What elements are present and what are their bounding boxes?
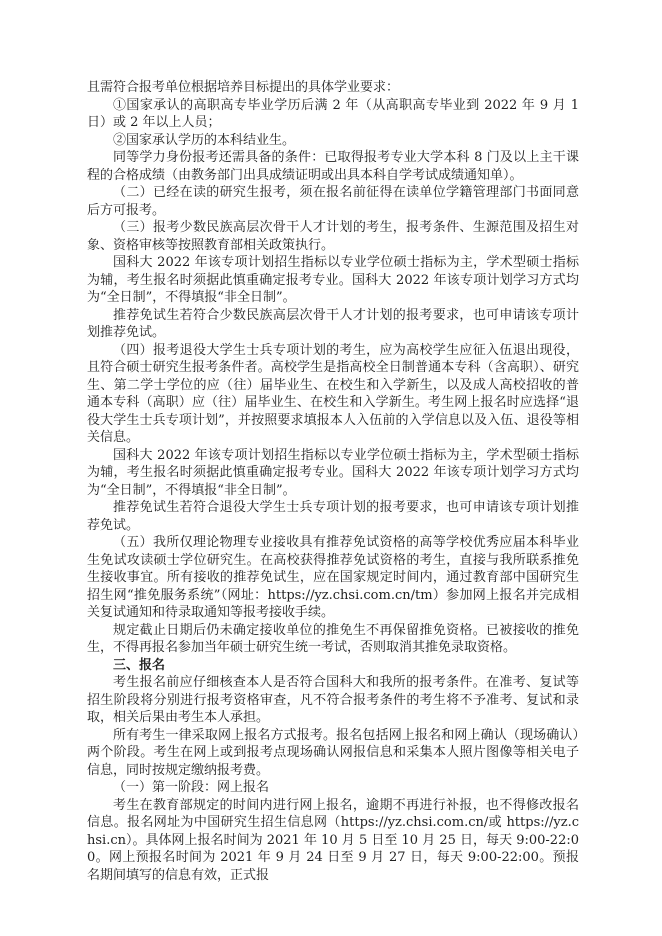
document-page: 且需符合报考单位根据培养目标提出的具体学业要求：①国家承认的高职高专毕业学历后满… <box>0 0 662 936</box>
paragraph: ①国家承认的高职高专毕业学历后满 2 年（从高职高专毕业到 2022 年 9 月… <box>87 97 579 132</box>
paragraph: 考生报名前应仔细核查本人是否符合国科大和我所的报考条件。在准考、复试等招生阶段将… <box>87 674 579 727</box>
paragraph: ②国家承认学历的本科结业生。 <box>87 132 579 150</box>
section-heading: 三、报名 <box>87 657 579 675</box>
paragraph: 推荐免试生若符合退役大学生士兵专项计划的报考要求，也可申请该专项计划推荐免试。 <box>87 499 579 534</box>
paragraph: （一）第一阶段：网上报名 <box>87 779 579 797</box>
paragraph: 国科大 2022 年该专项计划招生指标以专业学位硕士指标为主，学术型硕士指标为辅… <box>87 254 579 307</box>
paragraph: （四）报考退役大学生士兵专项计划的考生，应为高校学生应征入伍退出现役，且符合硕士… <box>87 342 579 447</box>
paragraph: 国科大 2022 年该专项计划招生指标以专业学位硕士指标为主，学术型硕士指标为辅… <box>87 447 579 500</box>
paragraph: 所有考生一律采取网上报名方式报考。报名包括网上报名和网上确认（现场确认）两个阶段… <box>87 727 579 780</box>
paragraph: 规定截止日期后仍未确定接收单位的推免生不再保留推免资格。已被接收的推免生，不得再… <box>87 622 579 657</box>
document-body: 且需符合报考单位根据培养目标提出的具体学业要求：①国家承认的高职高专毕业学历后满… <box>87 79 579 884</box>
paragraph: （二）已经在读的研究生报考，须在报名前征得在读单位学籍管理部门书面同意后方可报考… <box>87 184 579 219</box>
paragraph: 且需符合报考单位根据培养目标提出的具体学业要求： <box>87 79 579 97</box>
paragraph: 同等学力身份报考还需具备的条件：已取得报考专业大学本科 8 门及以上主干课程的合… <box>87 149 579 184</box>
paragraph: （五）我所仅理论物理专业接收具有推荐免试资格的高等学校优秀应届本科毕业生免试攻读… <box>87 534 579 622</box>
paragraph: 推荐免试生若符合少数民族高层次骨干人才计划的报考要求，也可申请该专项计划推荐免试… <box>87 307 579 342</box>
paragraph: 考生在教育部规定的时间内进行网上报名，逾期不再进行补报，也不得修改报名信息。报名… <box>87 797 579 885</box>
paragraph: （三）报考少数民族高层次骨干人才计划的考生，报考条件、生源范围及招生对象、资格审… <box>87 219 579 254</box>
